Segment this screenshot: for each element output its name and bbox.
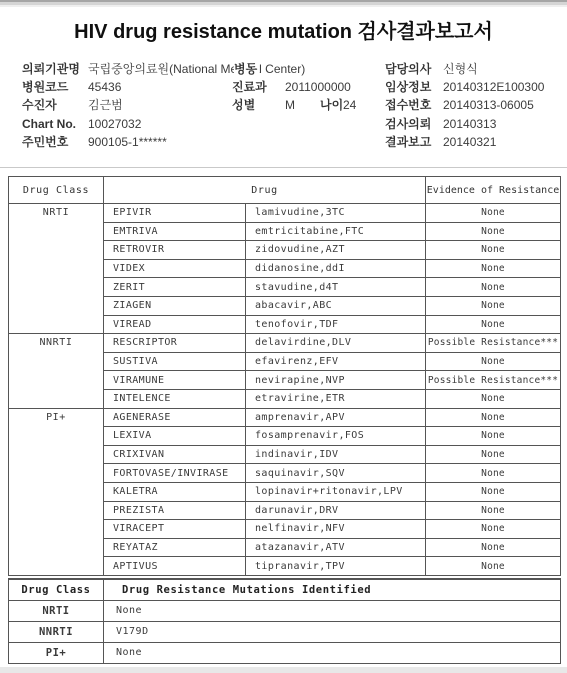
value-attending-doctor: 신형식 [443,62,478,76]
drug-brand-name: VIDEX [104,259,246,278]
drug-generic-name: nevirapine,NVP [246,371,426,390]
drug-brand-name: KALETRA [104,482,246,501]
col-header-mutations-identified: Drug Resistance Mutations Identified [104,579,561,600]
drug-generic-name: saquinavir,SQV [246,464,426,483]
evidence-value: None [426,538,561,557]
mutation-value-cell: None [104,642,561,663]
label-referring-institution: 의뢰기관명 [22,62,80,76]
drug-generic-name: etravirine,ETR [246,389,426,408]
drug-class-cell: NNRTI [9,334,104,408]
evidence-value: None [426,408,561,427]
evidence-value: None [426,501,561,520]
evidence-value: Possible Resistance*** [426,371,561,390]
evidence-value: None [426,296,561,315]
section-divider [0,167,567,168]
drug-brand-name: REYATAZ [104,538,246,557]
col-header-drug: Drug [104,177,426,204]
drug-generic-name: fosamprenavir,FOS [246,427,426,446]
value-sex: M [285,98,295,112]
mutation-value-cell: None [104,600,561,621]
evidence-value: None [426,557,561,576]
label-result-report-date: 결과보고 [385,135,431,149]
evidence-value: None [426,222,561,241]
page-bottom-edge [0,667,567,673]
drug-brand-name: CRIXIVAN [104,445,246,464]
drug-brand-name: SUSTIVA [104,352,246,371]
drug-brand-name: PREZISTA [104,501,246,520]
drug-generic-name: abacavir,ABC [246,296,426,315]
resistance-table: Drug Class Drug Evidence of Resistance N… [8,176,561,576]
label-accession-no: 접수번호 [385,98,431,112]
label-resident-id: 주민번호 [22,135,68,149]
label-age: 나이 [320,98,343,112]
drug-row: PI+AGENERASEamprenavir,APVNone [9,408,561,427]
drug-generic-name: atazanavir,ATV [246,538,426,557]
value-department: 2011000000 [285,80,351,94]
value-referring-institution: 국립중앙의료원(National Medical Center) [88,62,305,76]
label-hospital-code: 병원코드 [22,80,68,94]
label-test-request-date: 검사의뢰 [385,117,431,131]
evidence-value: None [426,520,561,539]
col-header-drug-class-2: Drug Class [9,579,104,600]
drug-generic-name: tenofovir,TDF [246,315,426,334]
evidence-value: None [426,427,561,446]
value-test-request-date: 20140313 [443,117,496,131]
evidence-value: None [426,445,561,464]
drug-brand-name: RETROVIR [104,241,246,260]
drug-brand-name: EPIVIR [104,204,246,223]
drug-generic-name: zidovudine,AZT [246,241,426,260]
mutation-row: NNRTIV179D [9,621,561,642]
evidence-value: None [426,278,561,297]
drug-generic-name: delavirdine,DLV [246,334,426,353]
evidence-value: None [426,315,561,334]
drug-brand-name: ZERIT [104,278,246,297]
label-department: 진료과 [232,80,267,94]
report-title: HIV drug resistance mutation 검사결과보고서 [0,15,567,44]
evidence-value: None [426,204,561,223]
label-sex: 성별 [232,98,255,112]
evidence-value: None [426,259,561,278]
drug-brand-name: VIRAMUNE [104,371,246,390]
drug-generic-name: amprenavir,APV [246,408,426,427]
mutations-table-header-row: Drug Class Drug Resistance Mutations Ide… [9,579,561,600]
drug-brand-name: VIREAD [104,315,246,334]
value-clinical-info: 20140312E100300 [443,80,544,94]
value-result-report-date: 20140321 [443,135,496,149]
drug-row: NNRTIRESCRIPTORdelavirdine,DLVPossible R… [9,334,561,353]
value-accession-no: 20140313-06005 [443,98,534,112]
value-resident-id: 900105-1****** [88,135,167,149]
drug-generic-name: indinavir,IDV [246,445,426,464]
label-chart-no: Chart No. [22,117,76,131]
label-ward: 병동 [234,62,259,76]
drug-brand-name: LEXIVA [104,427,246,446]
drug-generic-name: didanosine,ddI [246,259,426,278]
evidence-value: None [426,352,561,371]
drug-generic-name: darunavir,DRV [246,501,426,520]
evidence-value: Possible Resistance*** [426,334,561,353]
drug-generic-name: tipranavir,TPV [246,557,426,576]
report-page: HIV drug resistance mutation 검사결과보고서 의뢰기… [0,0,567,673]
mutation-drug-class-cell: PI+ [9,642,104,663]
drug-brand-name: AGENERASE [104,408,246,427]
mutation-row: PI+None [9,642,561,663]
label-clinical-info: 임상정보 [385,80,431,94]
col-header-evidence: Evidence of Resistance [426,177,561,204]
drug-generic-name: lopinavir+ritonavir,LPV [246,482,426,501]
evidence-value: None [426,241,561,260]
value-hospital-code: 45436 [88,80,121,94]
drug-class-cell: PI+ [9,408,104,575]
drug-row: NRTIEPIVIRlamivudine,3TCNone [9,204,561,223]
drug-generic-name: nelfinavir,NFV [246,520,426,539]
resistance-table-header-row: Drug Class Drug Evidence of Resistance [9,177,561,204]
mutation-drug-class-cell: NRTI [9,600,104,621]
drug-generic-name: stavudine,d4T [246,278,426,297]
mutation-drug-class-cell: NNRTI [9,621,104,642]
drug-generic-name: efavirenz,EFV [246,352,426,371]
drug-brand-name: INTELENCE [104,389,246,408]
drug-brand-name: ZIAGEN [104,296,246,315]
drug-generic-name: emtricitabine,FTC [246,222,426,241]
value-age: 24 [343,98,356,112]
evidence-value: None [426,464,561,483]
label-patient-name: 수진자 [22,98,57,112]
evidence-value: None [426,482,561,501]
value-chart-no: 10027032 [88,117,141,131]
window-top-edge [0,0,567,7]
drug-class-cell: NRTI [9,204,104,334]
mutation-row: NRTINone [9,600,561,621]
drug-brand-name: FORTOVASE/INVIRASE [104,464,246,483]
drug-brand-name: APTIVUS [104,557,246,576]
value-patient-name: 김근범 [88,98,123,112]
mutations-table: Drug Class Drug Resistance Mutations Ide… [8,578,561,664]
drug-generic-name: lamivudine,3TC [246,204,426,223]
col-header-drug-class: Drug Class [9,177,104,204]
drug-brand-name: RESCRIPTOR [104,334,246,353]
drug-brand-name: EMTRIVA [104,222,246,241]
mutation-value-cell: V179D [104,621,561,642]
label-attending-doctor: 담당의사 [385,62,431,76]
drug-brand-name: VIRACEPT [104,520,246,539]
evidence-value: None [426,389,561,408]
